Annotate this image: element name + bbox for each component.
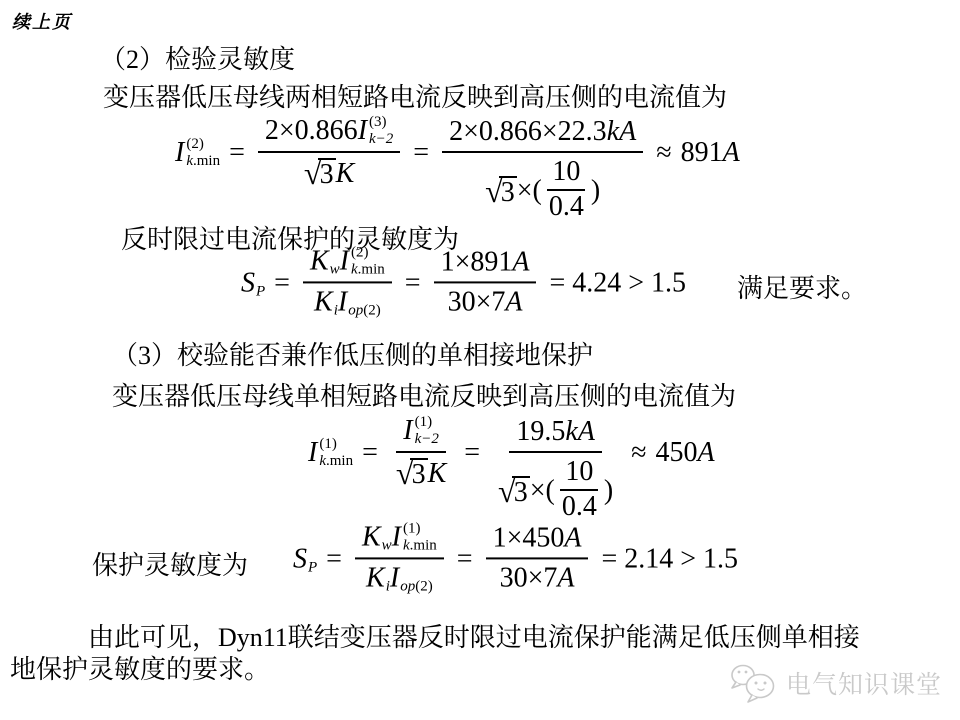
f1-result-unit: A — [723, 137, 740, 169]
slide: { "page": { "continuation_label": "续上页",… — [0, 0, 960, 720]
f3-equals-2: = — [464, 437, 480, 469]
f1-equals-1: = — [229, 137, 245, 169]
f3-fracA-numerator: I (1) k−2 — [396, 414, 446, 453]
f2-num-unit: A — [512, 246, 529, 278]
f3-fracB-sqrt: √3 — [498, 474, 530, 509]
watermark: 电气知识课堂 — [728, 660, 942, 706]
formula-sensitivity-2phase: SP = Kw I (2) k.min Ki Iop(2) = 1×891A 3… — [241, 244, 686, 321]
f2-Iop-sub: op(2) — [348, 303, 381, 320]
f4-result: = 2.14 > 1.5 — [601, 543, 738, 575]
f1-fracB-sqrt: √3 — [485, 174, 517, 209]
f4-Ikmin-sub: k.min — [403, 537, 437, 554]
radical-icon: √ — [485, 175, 503, 207]
f2-Ki-sub: i — [334, 303, 338, 320]
f1-fracB-denominator: √3 ×( 10 0.4 ) — [480, 153, 605, 226]
f1-fracB-num-value: 2×0.866×22.3 — [449, 116, 607, 148]
f2-Ikmin-sub: k.min — [351, 261, 385, 278]
f4-Ikmin-sub-rm: .min — [410, 537, 437, 554]
f1-fracB-num-unit: kA — [607, 116, 637, 148]
f2-equals-2: = — [405, 267, 421, 299]
f3-lhs: I (1) k.min — [308, 436, 353, 470]
f3-result-value: 450 — [656, 437, 698, 469]
radical-icon: √ — [396, 457, 414, 489]
f3-fracB-close-paren: ) — [604, 475, 613, 507]
f4-Ikmin-base: I — [392, 521, 401, 553]
formula-sensitivity-1phase: SP = Kw I (1) k.min Ki Iop(2) = 1×450A 3… — [293, 520, 738, 597]
f2-equals-1: = — [274, 267, 290, 299]
f4-Ikmin-scripts: (1) k.min — [403, 520, 437, 554]
f4-denominator: Ki Iop(2) — [361, 559, 438, 594]
f3-fraction-symbolic: I (1) k−2 √3 K — [391, 414, 451, 491]
f1-fracA-I: I (3) k−2 — [358, 114, 394, 148]
f4-lhs-base: S — [293, 543, 307, 575]
f1-ratio-num: 10 — [547, 156, 585, 191]
f2-result: = 4.24 > 1.5 — [549, 267, 686, 299]
f3-fracA-I-scripts: (1) k−2 — [415, 414, 439, 448]
f2-Ikmin-base: I — [340, 245, 349, 277]
f3-lhs-scripts: (1) k.min — [319, 436, 353, 470]
conclusion-line-1: 由此可见，Dyn11联结变压器反时限过电流保护能满足低压侧单相接 — [10, 622, 860, 654]
f2-num-value: 1×891 — [441, 246, 513, 278]
f4-lhs-sub: P — [308, 560, 317, 577]
chat-bubbles-logo-icon — [728, 660, 782, 706]
f2-Ki-base: K — [314, 286, 333, 318]
f2-denominator: Ki Iop(2) — [309, 283, 386, 318]
f3-lhs-sub-rm: .min — [326, 453, 353, 470]
f1-fracA-numerator: 2×0.866 I (3) k−2 — [258, 114, 400, 153]
f1-lhs: I (2) k.min — [175, 136, 220, 170]
f4-den-unit: A — [557, 562, 574, 594]
f4-num-values: 1×450A — [486, 522, 589, 559]
watermark-text: 电气知识课堂 — [786, 665, 942, 701]
f4-numerator: Kw I (1) k.min — [355, 520, 444, 559]
radical-icon: √ — [304, 157, 322, 189]
f1-fracA-I-sub: k−2 — [369, 131, 393, 148]
f1-fracB-numerator: 2×0.866×22.3kA — [442, 116, 643, 153]
f4-Ikmin: I (1) k.min — [392, 520, 437, 554]
f1-fracA-I-scripts: (3) k−2 — [369, 114, 393, 148]
f1-lhs-sup: (2) — [186, 136, 204, 153]
f1-lhs-sub: k.min — [186, 153, 220, 170]
f3-fracA-K: K — [428, 458, 447, 490]
f4-Iop-sub: op(2) — [400, 579, 433, 596]
f3-ratio-den: 0.4 — [557, 491, 602, 524]
f2-lhs-base: S — [241, 267, 255, 299]
f4-Ki-base: K — [366, 562, 385, 594]
f3-fracA-I-base: I — [403, 415, 412, 447]
f1-lhs-scripts: (2) k.min — [186, 136, 220, 170]
f3-ratio-fraction: 10 0.4 — [557, 456, 602, 526]
f2-lhs: SP — [241, 267, 265, 299]
formula-ikmin-1phase: I (1) k.min = I (1) k−2 √3 K = 19.5kA √3 — [308, 380, 715, 526]
formula-ikmin-2phase: I (2) k.min = 2×0.866 I (3) k−2 √3 K = 2… — [175, 80, 740, 226]
continuation-label: 续上页 — [12, 8, 72, 34]
f1-fracA-sqrt: √3 — [304, 156, 336, 191]
f1-equals-2: = — [413, 137, 429, 169]
f3-equals-1: = — [362, 437, 378, 469]
f4-equals-1: = — [326, 543, 342, 575]
f4-Ikmin-sup: (1) — [403, 520, 421, 537]
f1-result-value: 891 — [681, 137, 723, 169]
f2-Iop-sub-rm: (2) — [363, 303, 381, 319]
f1-fracA-K: K — [336, 158, 355, 190]
f2-Kw: Kw — [310, 245, 340, 277]
f1-approx-sign: ≈ — [656, 137, 671, 169]
f3-fracA-I: I (1) k−2 — [403, 414, 439, 448]
f3-fracB-num-value: 19.5 — [516, 416, 565, 448]
f2-Ikmin-sub-rm: .min — [358, 261, 385, 278]
f2-Iop-sub-it: op — [348, 303, 363, 319]
f2-Iop-base: I — [338, 286, 347, 318]
section-2-heading: （2）检验灵敏度 — [100, 39, 295, 76]
f4-lhs: SP — [293, 543, 317, 575]
f1-fracB-close-paren: ) — [591, 175, 600, 207]
f3-result-unit: A — [698, 437, 715, 469]
f4-Iop: Iop(2) — [390, 562, 433, 594]
f4-Ikmin-sub-it: k — [403, 537, 410, 554]
f4-Iop-sub-rm: (2) — [415, 579, 433, 595]
radical-icon: √ — [498, 475, 516, 507]
f4-num-value: 1×450 — [493, 522, 565, 554]
f2-Ki: Ki — [314, 286, 338, 318]
f2-fraction-numeric: 1×891A 30×7A — [434, 246, 537, 320]
f1-fraction-symbolic: 2×0.866 I (3) k−2 √3 K — [258, 114, 400, 191]
f2-numerator: Kw I (2) k.min — [303, 244, 392, 283]
section-3-heading: （3）校验能否兼作低压侧的单相接地保护 — [112, 335, 593, 372]
f2-den-unit: A — [505, 286, 522, 318]
f3-fracB-times-paren: ×( — [530, 475, 555, 507]
f4-Iop-base: I — [390, 562, 399, 594]
f2-Ikmin-sub-it: k — [351, 261, 358, 278]
f4-Kw: Kw — [362, 521, 392, 553]
f3-fracA-I-sup: (1) — [415, 414, 433, 431]
f3-ratio-num: 10 — [560, 456, 598, 491]
f3-lhs-sub: k.min — [319, 453, 353, 470]
section-3-sensitivity-label: 保护灵敏度为 — [92, 545, 248, 582]
f4-num-unit: A — [564, 522, 581, 554]
f2-Ikmin: I (2) k.min — [340, 244, 385, 278]
f1-ratio-den: 0.4 — [544, 191, 589, 224]
f1-fracB-times-paren: ×( — [517, 175, 542, 207]
f3-lhs-base: I — [308, 437, 317, 469]
section-2-result-note: 满足要求。 — [737, 268, 867, 305]
f2-den-value: 30×7 — [448, 286, 506, 318]
f4-Iop-sub-it: op — [400, 579, 415, 595]
f4-equals-2: = — [457, 543, 473, 575]
f4-Kw-sub: w — [382, 538, 392, 555]
f4-Ki: Ki — [366, 562, 390, 594]
f3-lhs-sub-it: k — [319, 453, 326, 470]
f1-fracA-coef: 2×0.866 — [265, 115, 358, 147]
f3-fracA-sqrt: √3 — [396, 456, 428, 491]
f2-Kw-sub: w — [330, 262, 340, 279]
f1-fraction-numeric: 2×0.866×22.3kA √3 ×( 10 0.4 ) — [442, 80, 643, 226]
f2-Ikmin-scripts: (2) k.min — [351, 244, 385, 278]
f4-den-values: 30×7A — [495, 559, 580, 594]
f1-lhs-sub-rm: .min — [193, 153, 220, 170]
f4-Ki-sub: i — [386, 579, 390, 596]
f1-lhs-sub-it: k — [186, 153, 193, 170]
f4-fraction-symbolic: Kw I (1) k.min Ki Iop(2) — [355, 520, 444, 597]
f2-fraction-symbolic: Kw I (2) k.min Ki Iop(2) — [303, 244, 392, 321]
f3-fracB-num-unit: kA — [565, 416, 595, 448]
f2-Iop: Iop(2) — [338, 286, 381, 318]
f1-ratio-fraction: 10 0.4 — [544, 156, 589, 226]
f3-fracB-denominator: √3 ×( 10 0.4 ) — [493, 453, 618, 526]
f4-den-value: 30×7 — [500, 562, 558, 594]
f2-lhs-sub: P — [256, 284, 265, 301]
f2-num-values: 1×891A — [434, 246, 537, 283]
f2-den-values: 30×7A — [443, 283, 528, 318]
f4-Kw-base: K — [362, 521, 381, 553]
f3-fraction-numeric: 19.5kA √3 ×( 10 0.4 ) — [493, 380, 618, 526]
f2-Ikmin-sup: (2) — [351, 244, 369, 261]
f2-Kw-base: K — [310, 245, 329, 277]
f3-lhs-sup: (1) — [319, 436, 337, 453]
f3-fracA-I-sub: k−2 — [415, 431, 439, 448]
f3-fracB-numerator: 19.5kA — [509, 416, 602, 453]
f4-fraction-numeric: 1×450A 30×7A — [486, 522, 589, 596]
f3-fracA-denominator: √3 K — [391, 453, 451, 491]
f3-approx-sign: ≈ — [631, 437, 646, 469]
f1-fracA-I-sup: (3) — [369, 114, 387, 131]
f1-fracA-denominator: √3 K — [299, 153, 359, 191]
f1-lhs-base: I — [175, 137, 184, 169]
f1-fracA-I-base: I — [358, 115, 367, 147]
